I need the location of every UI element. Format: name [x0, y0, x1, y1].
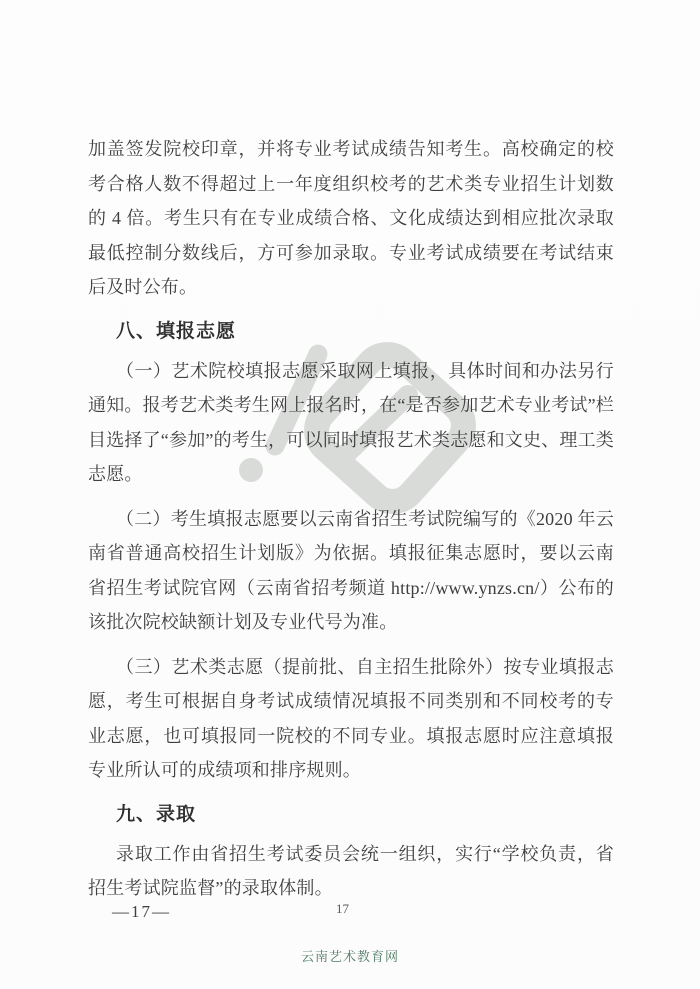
- paragraph-intro-continuation: 加盖签发院校印章，并将专业考试成绩告知考生。高校确定的校考合格人数不得超过上一年…: [88, 132, 614, 305]
- section-heading-8: 八、填报志愿: [88, 317, 614, 347]
- paragraph-section8-item1: （一）艺术院校填报志愿采取网上填报，具体时间和办法另行通知。报考艺术类考生网上报…: [88, 354, 614, 492]
- section-heading-9: 九、录取: [88, 800, 614, 830]
- document-page: 加盖签发院校印章，并将专业考试成绩告知考生。高校确定的校考合格人数不得超过上一年…: [0, 0, 700, 989]
- document-body: 加盖签发院校印章，并将专业考试成绩告知考生。高校确定的校考合格人数不得超过上一年…: [88, 132, 614, 906]
- paragraph-section9-item1: 录取工作由省招生考试委员会统一组织，实行“学校负责，省招生考试院监督”的录取体制…: [88, 837, 614, 906]
- paragraph-section8-item2: （二）考生填报志愿要以云南省招生考试院编写的《2020 年云南省普通高校招生计划…: [88, 502, 614, 640]
- paragraph-section8-item3: （三）艺术类志愿（提前批、自主招生批除外）按专业填报志愿，考生可根据自身考试成绩…: [88, 650, 614, 788]
- printed-page-number: —17—: [112, 902, 171, 922]
- site-credit: 云南艺术教育网: [0, 946, 700, 965]
- scan-page-number: 17: [336, 901, 349, 917]
